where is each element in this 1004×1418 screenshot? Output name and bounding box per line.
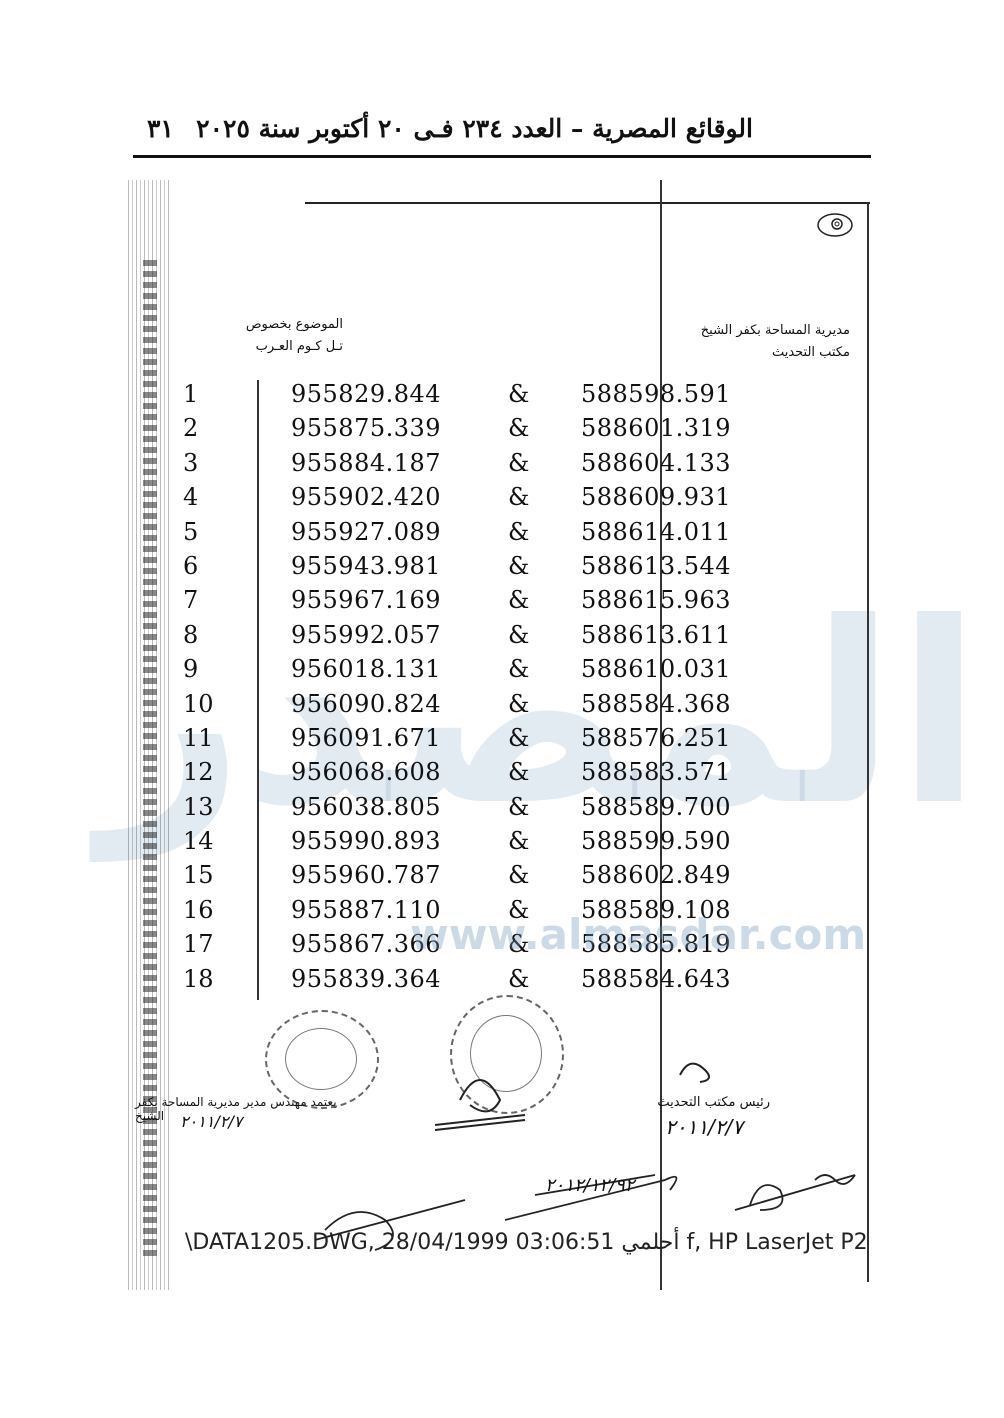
point-number: 10: [183, 690, 223, 718]
separator: &: [508, 861, 529, 889]
coordinate-row: 7955967.169&588615.963: [183, 586, 763, 620]
easting-value: 956038.805: [291, 793, 441, 821]
easting-value: 955967.169: [291, 586, 441, 614]
gazette-header: الوقائع المصرية – العدد ٢٣٤ فـى ٢٠ أكتوب…: [133, 108, 871, 158]
sheet-top-border: [305, 202, 870, 204]
point-number: 11: [183, 724, 223, 752]
separator: &: [508, 552, 529, 580]
northing-value: 588576.251: [581, 724, 731, 752]
separator: &: [508, 449, 529, 477]
office-department: مكتب التحديث: [701, 342, 850, 364]
easting-value: 956091.671: [291, 724, 441, 752]
point-number: 1: [183, 380, 223, 408]
handwritten-date: ٢٠١٢/١٢/٩٢: [545, 1175, 634, 1196]
subject-label: الموضوع بخصوص: [233, 314, 343, 336]
easting-value: 955990.893: [291, 827, 441, 855]
separator: &: [508, 793, 529, 821]
handwritten-signatures: [295, 1030, 895, 1260]
head-of-office-label: رئيس مكتب التحديث: [657, 1095, 770, 1110]
point-number: 3: [183, 449, 223, 477]
header-divider: [133, 155, 871, 158]
northing-value: 588589.108: [581, 896, 731, 924]
gazette-title: الوقائع المصرية – العدد ٢٣٤ فـى ٢٠ أكتوب…: [196, 114, 753, 143]
point-number: 6: [183, 552, 223, 580]
point-number: 4: [183, 483, 223, 511]
easting-value: 956068.608: [291, 758, 441, 786]
separator: &: [508, 414, 529, 442]
northing-value: 588604.133: [581, 449, 731, 477]
separator: &: [508, 724, 529, 752]
separator: &: [508, 621, 529, 649]
coordinate-row: 17955867.366&588585.819: [183, 930, 763, 964]
point-number: 12: [183, 758, 223, 786]
issuing-office: مديرية المساحة بكفر الشيخ مكتب التحديث: [701, 320, 850, 364]
coordinate-row: 13956038.805&588589.700: [183, 793, 763, 827]
northing-value: 588609.931: [581, 483, 731, 511]
coordinate-row: 4955902.420&588609.931: [183, 483, 763, 517]
point-number: 7: [183, 586, 223, 614]
easting-value: 955839.364: [291, 965, 441, 993]
easting-value: 955960.787: [291, 861, 441, 889]
separator: &: [508, 758, 529, 786]
coordinate-row: 6955943.981&588613.544: [183, 552, 763, 586]
head-signature-date: ٢٠١١/٢/٧: [665, 1115, 743, 1139]
separator: &: [508, 655, 529, 683]
point-number: 5: [183, 518, 223, 546]
coordinate-row: 14955990.893&588599.590: [183, 827, 763, 861]
coordinate-row: 8955992.057&588613.611: [183, 621, 763, 655]
point-number: 17: [183, 930, 223, 958]
coordinate-row: 5955927.089&588614.011: [183, 518, 763, 552]
easting-value: 955902.420: [291, 483, 441, 511]
northing-value: 588584.643: [581, 965, 731, 993]
easting-value: 956090.824: [291, 690, 441, 718]
point-number: 15: [183, 861, 223, 889]
coordinate-row: 10956090.824&588584.368: [183, 690, 763, 724]
subject-block: الموضوع بخصوص تـل كـوم العـرب: [233, 314, 343, 358]
northing-value: 588585.819: [581, 930, 731, 958]
northing-value: 588614.011: [581, 518, 731, 546]
northing-value: 588598.591: [581, 380, 731, 408]
coordinate-row: 12956068.608&588583.571: [183, 758, 763, 792]
northing-value: 588589.700: [581, 793, 731, 821]
separator: &: [508, 896, 529, 924]
coordinate-row: 9956018.131&588610.031: [183, 655, 763, 689]
easting-value: 955829.844: [291, 380, 441, 408]
northing-value: 588613.544: [581, 552, 731, 580]
coordinate-row: 15955960.787&588602.849: [183, 861, 763, 895]
separator: &: [508, 827, 529, 855]
coordinate-table: 1955829.844&588598.5912955875.339&588601…: [183, 380, 763, 999]
easting-value: 955887.110: [291, 896, 441, 924]
northing-value: 588601.319: [581, 414, 731, 442]
easting-value: 955992.057: [291, 621, 441, 649]
scanned-coordinate-sheet: مديرية المساحة بكفر الشيخ مكتب التحديث ا…: [125, 180, 870, 1290]
northing-value: 588602.849: [581, 861, 731, 889]
page-number: ٣١: [147, 114, 174, 143]
easting-value: 955867.366: [291, 930, 441, 958]
separator: &: [508, 690, 529, 718]
northing-value: 588583.571: [581, 758, 731, 786]
point-number: 2: [183, 414, 223, 442]
point-number: 9: [183, 655, 223, 683]
coordinate-row: 18955839.364&588584.643: [183, 965, 763, 999]
office-name: مديرية المساحة بكفر الشيخ: [701, 320, 850, 342]
separator: &: [508, 483, 529, 511]
point-number: 18: [183, 965, 223, 993]
subject-value: تـل كـوم العـرب: [233, 336, 343, 358]
coordinate-row: 2955875.339&588601.319: [183, 414, 763, 448]
point-number: 16: [183, 896, 223, 924]
coordinate-row: 3955884.187&588604.133: [183, 449, 763, 483]
northing-value: 588615.963: [581, 586, 731, 614]
separator: &: [508, 518, 529, 546]
approval-label: يعتمد مهندس مدير مديرية المساحة بكفر الش…: [135, 1095, 365, 1123]
coordinate-row: 16955887.110&588589.108: [183, 896, 763, 930]
separator: &: [508, 965, 529, 993]
point-number: 8: [183, 621, 223, 649]
spiral-mark-icon: [815, 210, 855, 238]
easting-value: 955927.089: [291, 518, 441, 546]
easting-value: 955875.339: [291, 414, 441, 442]
plot-file-footer: \DATA1205.DWG, 28/04/1999 03:06:51 أحلمي…: [185, 1230, 868, 1255]
separator: &: [508, 380, 529, 408]
coordinate-row: 1955829.844&588598.591: [183, 380, 763, 414]
easting-value: 955884.187: [291, 449, 441, 477]
northing-value: 588613.611: [581, 621, 731, 649]
separator: &: [508, 586, 529, 614]
easting-value: 956018.131: [291, 655, 441, 683]
easting-value: 955943.981: [291, 552, 441, 580]
point-number: 13: [183, 793, 223, 821]
northing-value: 588610.031: [581, 655, 731, 683]
northing-value: 588599.590: [581, 827, 731, 855]
coordinate-row: 11956091.671&588576.251: [183, 724, 763, 758]
northing-value: 588584.368: [581, 690, 731, 718]
approval-date: ٢٠١١/٢/٧: [180, 1112, 242, 1131]
separator: &: [508, 930, 529, 958]
point-number: 14: [183, 827, 223, 855]
